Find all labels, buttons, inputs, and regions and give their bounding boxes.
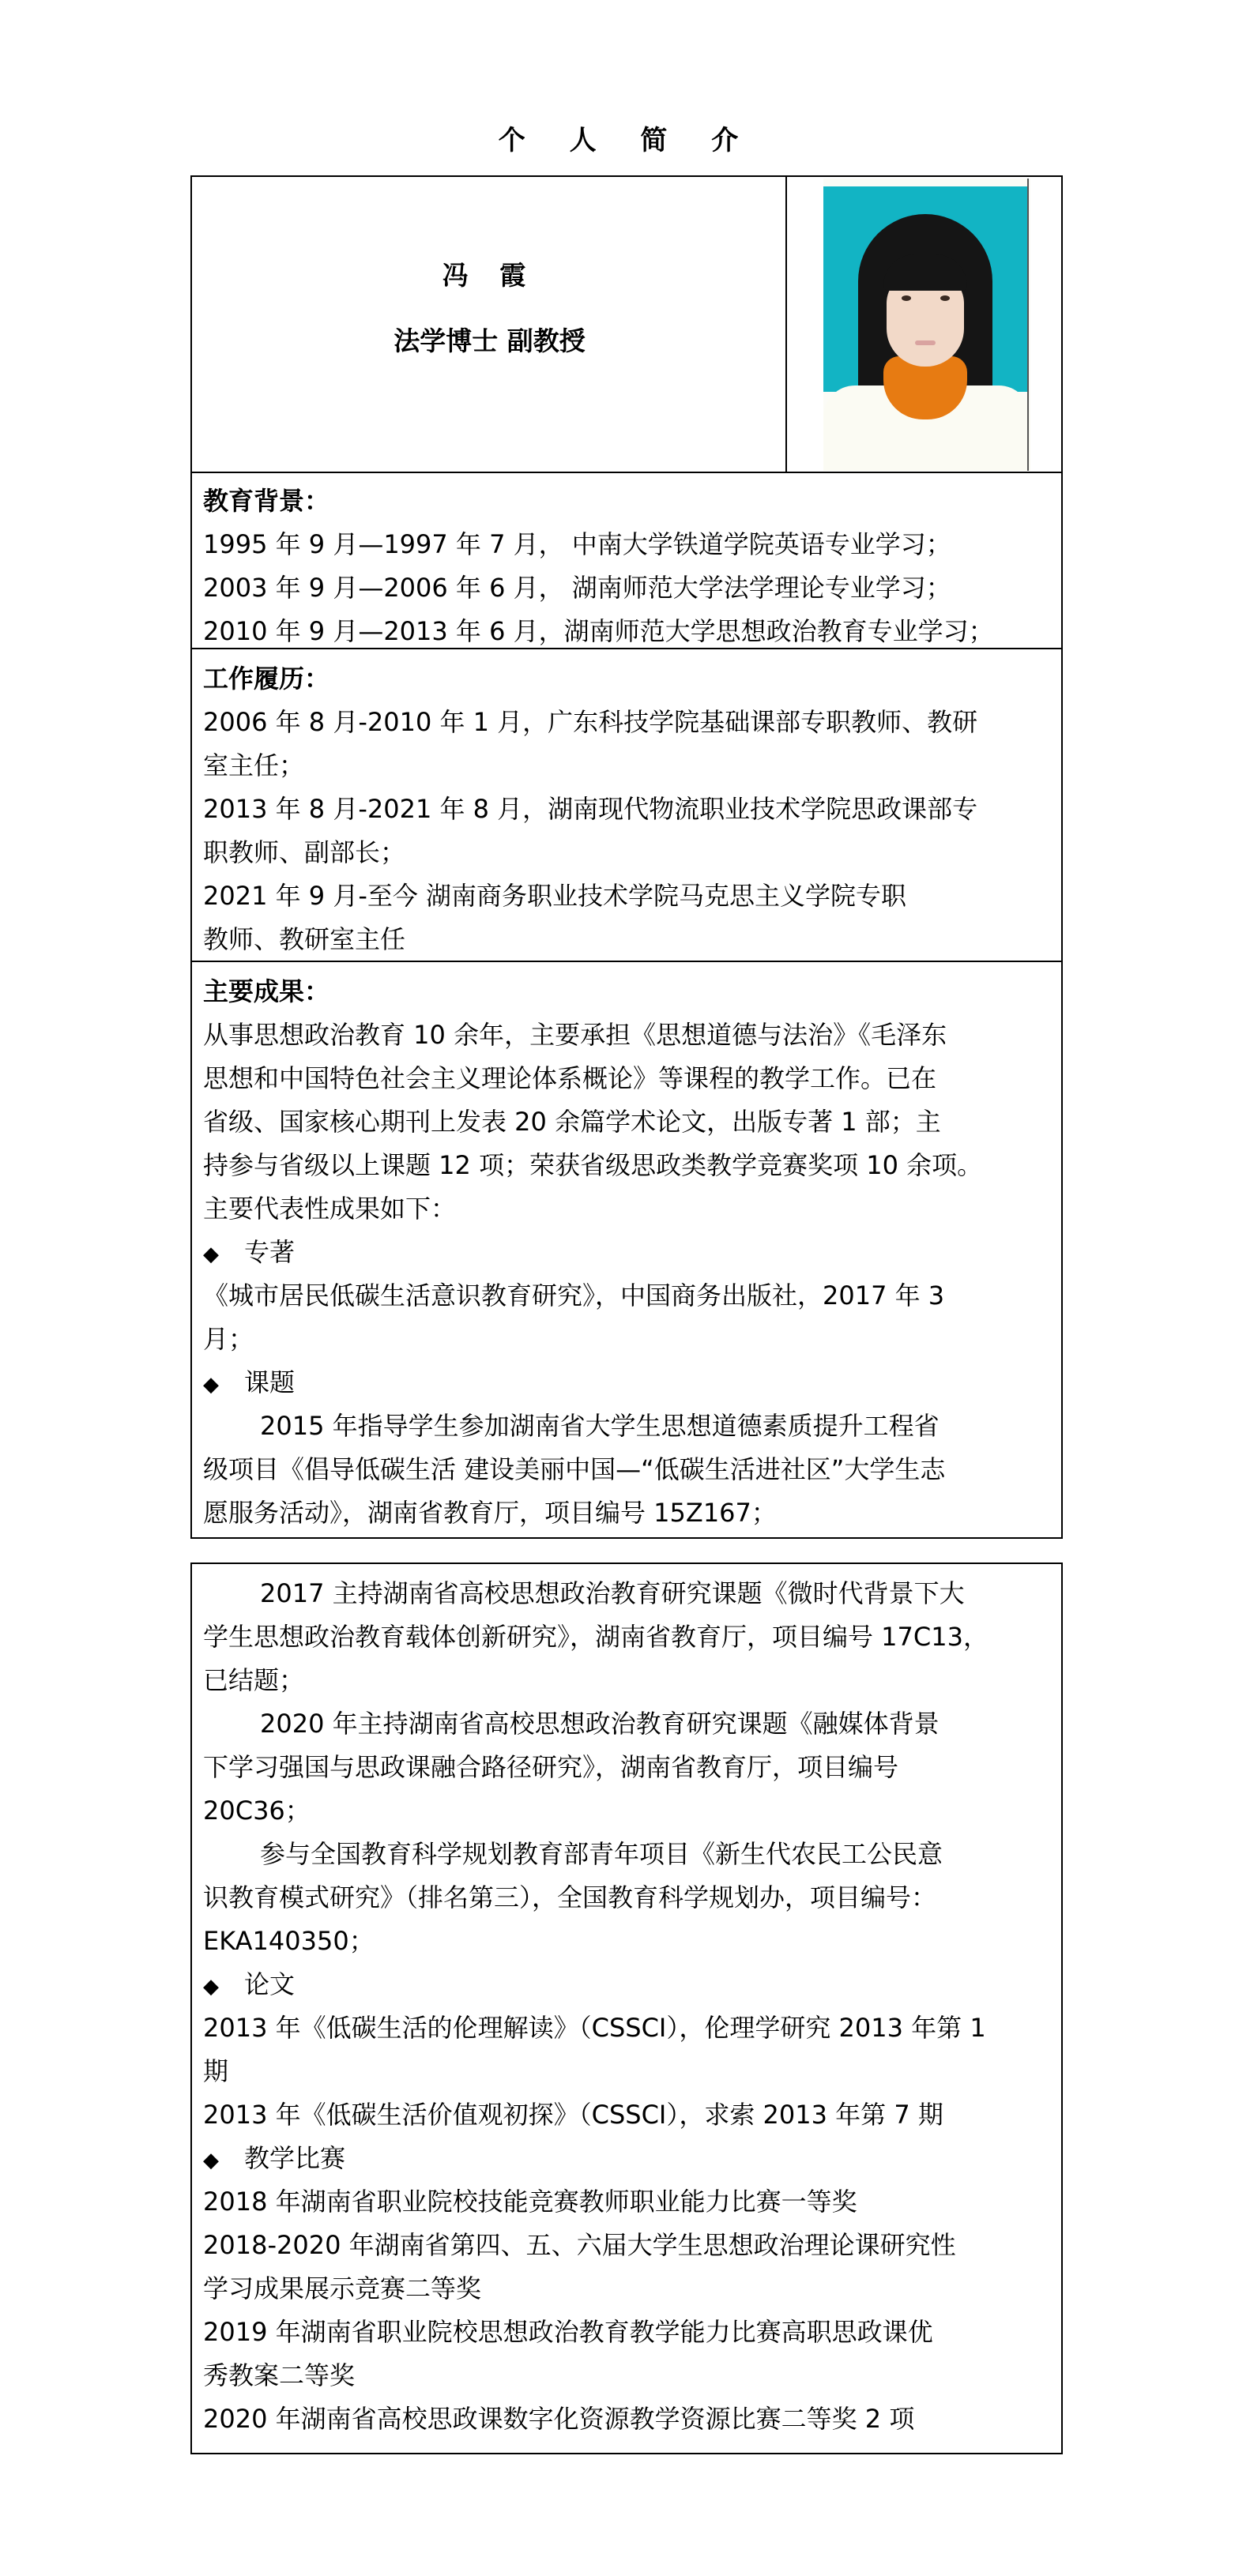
project-item: 2015 年指导学生参加湖南省大学生思想道德素质提升工程省 <box>203 1405 1050 1448</box>
achievements-continued-section: 2017 主持湖南省高校思想政治教育研究课题《微时代背景下大 学生思想政治教育载… <box>192 1572 1061 2441</box>
portrait-photo <box>823 179 1030 471</box>
monograph-item: 《城市居民低碳生活意识教育研究》，中国商务出版社，2017 年 3 <box>203 1274 1050 1318</box>
person-name: 冯 霞 <box>192 256 787 295</box>
education-section: 教育背景： 1995 年 9 月—1997 年 7 月， 中南大学铁道学院英语专… <box>192 473 1061 649</box>
work-item: 教师、教研室主任 <box>203 918 1050 961</box>
monograph-subheading: ◆专著 <box>203 1231 1050 1274</box>
competition-item: 学习成果展示竞赛二等奖 <box>203 2267 1050 2311</box>
monograph-item: 月； <box>203 1318 1050 1361</box>
competitions-label: 教学比赛 <box>244 2143 345 2173</box>
project-item: 级项目《倡导低碳生活 建设美丽中国—“低碳生活进社区”大学生志 <box>203 1448 1050 1491</box>
achievements-heading: 主要成果： <box>203 970 1050 1013</box>
profile-header-row: 冯 霞 法学博士 副教授 <box>192 177 1061 473</box>
achievements-intro-line: 省级、国家核心期刊上发表 20 余篇学术论文，出版专著 1 部；主 <box>203 1100 1050 1144</box>
achievements-intro-line: 从事思想政治教育 10 余年，主要承担《思想道德与法治》《毛泽东 <box>203 1013 1050 1057</box>
work-item: 室主任； <box>203 744 1050 788</box>
paper-item: 2013 年《低碳生活的伦理解读》（CSSCI），伦理学研究 2013 年第 1 <box>203 2006 1050 2050</box>
work-item: 2021 年 9 月-至今 湖南商务职业技术学院马克思主义学院专职 <box>203 874 1050 918</box>
projects-subheading: ◆课题 <box>203 1361 1050 1405</box>
education-item: 1995 年 9 月—1997 年 7 月， 中南大学铁道学院英语专业学习； <box>203 523 1050 566</box>
project-item: 识教育模式研究》（排名第三），全国教育科学规划办，项目编号： <box>203 1876 1050 1920</box>
profile-name-cell: 冯 霞 法学博士 副教授 <box>192 177 787 472</box>
project-item: 下学习强国与思政课融合路径研究》，湖南省教育厅，项目编号 <box>203 1746 1050 1789</box>
work-item: 2006 年 8 月-2010 年 1 月，广东科技学院基础课部专职教师、教研 <box>203 701 1050 744</box>
project-item: 20C36； <box>203 1789 1050 1833</box>
education-heading: 教育背景： <box>203 479 1050 523</box>
photo-mouth <box>915 340 936 345</box>
competition-item: 秀教案二等奖 <box>203 2354 1050 2397</box>
profile-table-page-2: 2017 主持湖南省高校思想政治教育研究课题《微时代背景下大 学生思想政治教育载… <box>190 1563 1063 2454</box>
competition-item: 2020 年湖南省高校思政课数字化资源教学资源比赛二等奖 2 项 <box>203 2397 1050 2441</box>
project-item: 2020 年主持湖南省高校思想政治教育研究课题《融媒体背景 <box>203 1702 1050 1746</box>
work-item: 职教师、副部长； <box>203 831 1050 874</box>
competition-item: 2018-2020 年湖南省第四、五、六届大学生思想政治理论课研究性 <box>203 2224 1050 2267</box>
papers-subheading: ◆论文 <box>203 1963 1050 2006</box>
education-item: 2003 年 9 月—2006 年 6 月， 湖南师范大学法学理论专业学习； <box>203 566 1050 610</box>
project-item: 学生思想政治教育载体创新研究》，湖南省教育厅，项目编号 17C13， <box>203 1615 1050 1659</box>
competitions-subheading: ◆教学比赛 <box>203 2137 1050 2180</box>
photo-edge <box>1027 179 1029 471</box>
achievements-intro-line: 持参与省级以上课题 12 项；荣获省级思政类教学竞赛奖项 10 余项。 <box>203 1144 1050 1187</box>
competition-item: 2018 年湖南省职业院校技能竞赛教师职业能力比赛一等奖 <box>203 2180 1050 2224</box>
diamond-bullet-icon: ◆ <box>203 2139 244 2183</box>
work-heading: 工作履历： <box>203 657 1050 701</box>
papers-label: 论文 <box>244 1969 295 1999</box>
profile-table-page-1: 冯 霞 法学博士 副教授 教育背景： 1995 年 9 月—1997 年 7 月… <box>190 175 1063 1539</box>
diamond-bullet-icon: ◆ <box>203 1363 244 1407</box>
project-item: 已结题； <box>203 1659 1050 1702</box>
paper-item: 期 <box>203 2050 1050 2093</box>
achievements-section: 主要成果： 从事思想政治教育 10 余年，主要承担《思想道德与法治》《毛泽东 思… <box>192 962 1061 1537</box>
page-title: 个 人 简 介 <box>0 120 1254 161</box>
monograph-label: 专著 <box>244 1237 295 1267</box>
competition-item: 2019 年湖南省职业院校思想政治教育教学能力比赛高职思政课优 <box>203 2311 1050 2354</box>
photo-eye-right <box>940 295 950 301</box>
education-item: 2010 年 9 月—2013 年 6 月，湖南师范大学思想政治教育专业学习； <box>203 610 1050 653</box>
diamond-bullet-icon: ◆ <box>203 1965 244 2009</box>
work-item: 2013 年 8 月-2021 年 8 月，湖南现代物流职业技术学院思政课部专 <box>203 788 1050 831</box>
achievements-intro-line: 主要代表性成果如下： <box>203 1187 1050 1231</box>
paper-item: 2013 年《低碳生活价值观初探》（CSSCI），求索 2013 年第 7 期 <box>203 2093 1050 2137</box>
project-item: 参与全国教育科学规划教育部青年项目《新生代农民工公民意 <box>203 1833 1050 1876</box>
project-item: 2017 主持湖南省高校思想政治教育研究课题《微时代背景下大 <box>203 1572 1050 1615</box>
projects-label: 课题 <box>244 1367 295 1397</box>
work-section: 工作履历： 2006 年 8 月-2010 年 1 月，广东科技学院基础课部专职… <box>192 649 1061 962</box>
photo-eye-left <box>902 295 911 301</box>
person-degree-title: 法学博士 副教授 <box>192 322 787 361</box>
achievements-intro-line: 思想和中国特色社会主义理论体系概论》等课程的教学工作。已在 <box>203 1057 1050 1100</box>
project-item: 愿服务活动》，湖南省教育厅，项目编号 15Z167； <box>203 1491 1050 1535</box>
project-item: EKA140350； <box>203 1920 1050 1963</box>
diamond-bullet-icon: ◆ <box>203 1233 244 1277</box>
